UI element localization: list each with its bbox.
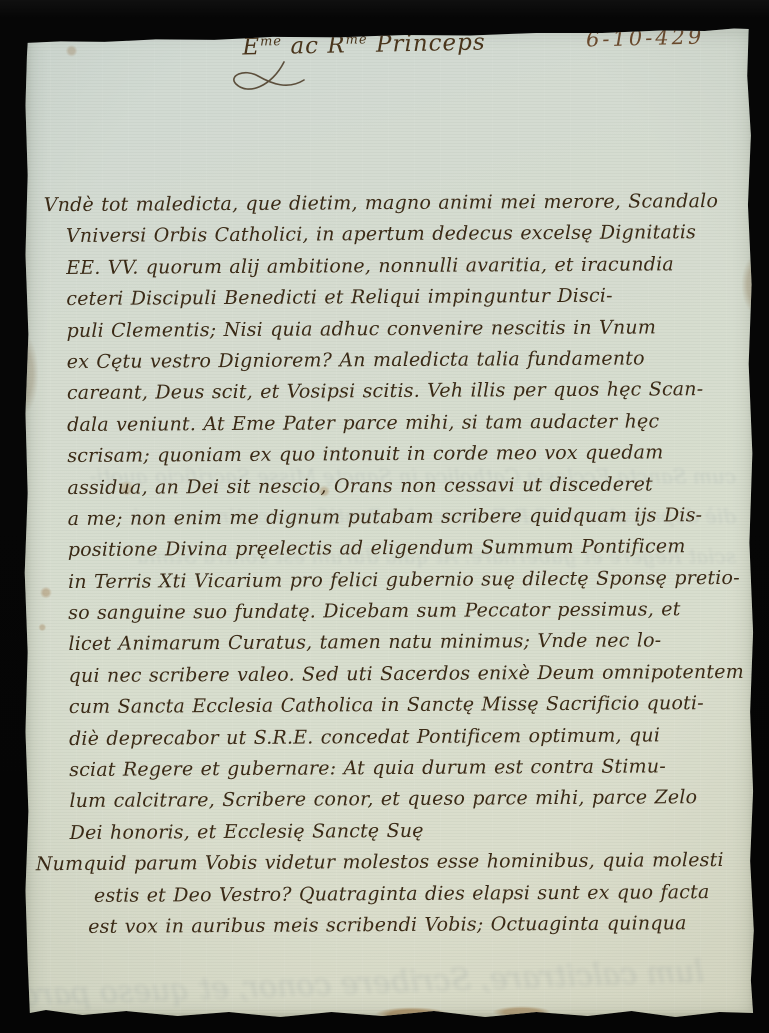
- salutation-flourish: [192, 60, 312, 94]
- manuscript-line: a me; non enim me dignum putabam scriber…: [68, 504, 748, 540]
- salutation: Eme ac Rme Princeps: [189, 28, 539, 61]
- manuscript-line: assidua, an Dei sit nescio, Orans non ce…: [67, 472, 747, 508]
- manuscript-line: positione Divina pręelectis ad eligendum…: [68, 535, 748, 571]
- manuscript-line: estis et Deo Vestro? Quatraginta dies el…: [94, 880, 750, 915]
- manuscript-line: so sanguine suo fundatę. Dicebam sum Pec…: [68, 598, 748, 634]
- manuscript-line: qui nec scribere valeo. Sed uti Sacerdos…: [69, 661, 749, 697]
- manuscript-line: cum Sancta Ecclesia Catholica in Sanctę …: [69, 692, 749, 728]
- manuscript-line: ceteri Discipuli Benedicti et Reliqui im…: [66, 284, 746, 320]
- salutation-superscript: me: [260, 34, 282, 49]
- manuscript-line: diè deprecabor ut S.R.E. concedat Pontif…: [69, 723, 749, 759]
- salutation-superscript: me: [345, 32, 367, 47]
- salutation-text: ac R: [282, 32, 346, 59]
- manuscript-line: scrisam; quoniam ex quo intonuit in cord…: [67, 441, 747, 477]
- manuscript-line: lum calcitrare, Scribere conor, et queso…: [69, 786, 749, 822]
- manuscript-line: Dei honoris, et Ecclesię Sanctę Suę: [70, 818, 750, 854]
- bleed-line: lum calcitrare, Scribere conor, et queso…: [83, 949, 704, 1017]
- salutation-text: E: [242, 34, 260, 60]
- manuscript-line: licet Animarum Curatus, tamen natu minim…: [68, 629, 748, 665]
- manuscript-line: Numquid parum Vobis videtur molestos ess…: [36, 849, 750, 885]
- manuscript-paper-sheet: cum Sancta Ecclesia Catholica in Sanctę …: [24, 26, 756, 1020]
- salutation-text: Princeps: [367, 29, 486, 57]
- manuscript-line: est vox in auribus meis scribendi Vobis;…: [88, 912, 750, 947]
- manuscript-line: Vniversi Orbis Catholici, in apertum ded…: [66, 221, 746, 257]
- archival-number: 6-10-429: [585, 24, 704, 51]
- manuscript-line: in Terris Xti Vicarium pro felici gubern…: [68, 567, 748, 603]
- manuscript-line: Vndè tot maledicta, que dietim, magno an…: [44, 190, 746, 226]
- bleed-through-texture: lum calcitrare, Scribere conor, et queso…: [83, 949, 704, 1017]
- manuscript-line: ex Cętu vestro Digniorem? An maledicta t…: [67, 347, 747, 383]
- manuscript-line: careant, Deus scit, et Vosipsi scitis. V…: [67, 378, 747, 414]
- manuscript-line: EE. VV. quorum alij ambitione, nonnulli …: [66, 253, 746, 289]
- scan-background: cum Sancta Ecclesia Catholica in Sanctę …: [0, 0, 769, 1033]
- manuscript-line: sciat Regere et gubernare: At quia durum…: [69, 755, 749, 791]
- manuscript-line: puli Clementis; Nisi quia adhuc convenir…: [66, 315, 746, 351]
- manuscript-line: dala veniunt. At Eme Pater parce mihi, s…: [67, 410, 747, 446]
- letter-body: Vndè tot maledicta, que dietim, magno an…: [38, 190, 751, 948]
